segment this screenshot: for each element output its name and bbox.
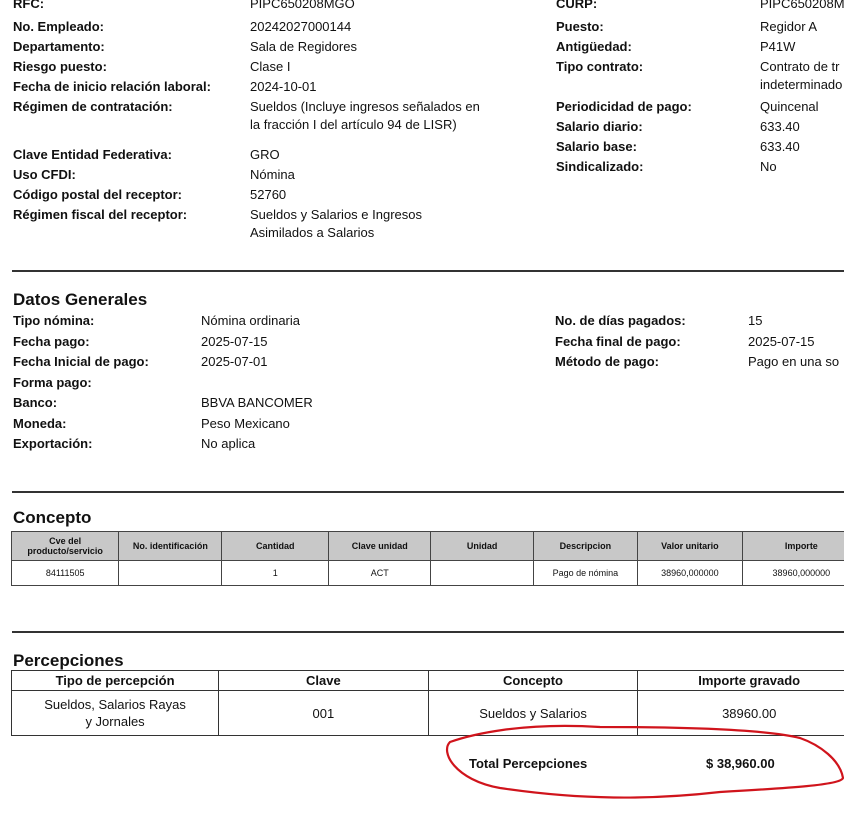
table-cell: Sueldos y Salarios	[428, 691, 638, 736]
field-value: BBVA BANCOMER	[201, 394, 313, 411]
table-cell: 1	[222, 561, 329, 586]
field-value: Quincenal	[760, 98, 819, 115]
field-label: Fecha pago:	[13, 334, 90, 349]
field-label: Salario base:	[556, 139, 637, 154]
table-row: 841115051ACTPago de nómina38960,00000038…	[12, 561, 844, 586]
column-header: Clave unidad	[329, 532, 431, 561]
table-cell: 38960,000000	[638, 561, 743, 586]
field-value: Clase I	[250, 58, 290, 75]
field-value: 15	[748, 312, 762, 329]
field-label: Uso CFDI:	[13, 167, 76, 182]
field-label: Fecha Inicial de pago:	[13, 354, 149, 369]
field-label: Clave Entidad Federativa:	[13, 147, 172, 162]
field-label: Régimen fiscal del receptor:	[13, 207, 187, 222]
field-value: Sueldos y Salarios e Ingresos	[250, 206, 422, 223]
field-value: 633.40	[760, 118, 800, 135]
field-value: Sueldos (Incluye ingresos señalados en	[250, 98, 480, 115]
column-header: Tipo de percepción	[12, 671, 219, 691]
column-header: Cantidad	[222, 532, 329, 561]
section-title-datos-generales: Datos Generales	[13, 290, 147, 310]
field-value: 2025-07-15	[748, 333, 815, 350]
table-cell: Pago de nómina	[533, 561, 637, 586]
field-label: Sindicalizado:	[556, 159, 643, 174]
field-value: Peso Mexicano	[201, 415, 290, 432]
field-label: Moneda:	[13, 416, 66, 431]
table-cell: ACT	[329, 561, 431, 586]
column-header: Importe gravado	[638, 671, 844, 691]
field-label: Antigüedad:	[556, 39, 632, 54]
field-label: No. Empleado:	[13, 19, 104, 34]
field-value: la fracción I del artículo 94 de LISR)	[250, 116, 457, 133]
field-label: RFC:	[13, 0, 44, 11]
total-percepciones-label: Total Percepciones	[469, 756, 587, 771]
field-value: Regidor A	[760, 18, 817, 35]
field-value: Asimilados a Salarios	[250, 224, 374, 241]
field-value: 2025-07-01	[201, 353, 268, 370]
field-value: 52760	[250, 186, 286, 203]
field-value: 20242027000144	[250, 18, 351, 35]
column-header: Descripcion	[533, 532, 637, 561]
field-label: Régimen de contratación:	[13, 99, 173, 114]
field-value: P41W	[760, 38, 795, 55]
field-label: No. de días pagados:	[555, 313, 686, 328]
field-label: Exportación:	[13, 436, 92, 451]
field-label: CURP:	[556, 0, 597, 11]
table-cell: 84111505	[12, 561, 119, 586]
field-label: Método de pago:	[555, 354, 659, 369]
field-value: Nómina	[250, 166, 295, 183]
column-header: Concepto	[428, 671, 638, 691]
field-value: GRO	[250, 146, 280, 163]
field-label: Periodicidad de pago:	[556, 99, 692, 114]
column-header: Importe	[742, 532, 844, 561]
section-title-concepto: Concepto	[13, 508, 91, 528]
field-value: No	[760, 158, 777, 175]
field-label: Puesto:	[556, 19, 604, 34]
column-header: Cve del producto/servicio	[12, 532, 119, 561]
field-value: PIPC650208MGR	[760, 0, 844, 12]
field-value: indeterminado	[760, 76, 842, 93]
field-value: Pago en una so	[748, 353, 839, 370]
field-value: PIPC650208MGO	[250, 0, 355, 12]
field-label: Departamento:	[13, 39, 105, 54]
field-label: Banco:	[13, 395, 57, 410]
column-header: Unidad	[431, 532, 533, 561]
field-value: 2024-10-01	[250, 78, 317, 95]
field-label: Fecha final de pago:	[555, 334, 681, 349]
total-percepciones-value: $ 38,960.00	[706, 756, 775, 771]
column-header: Valor unitario	[638, 532, 743, 561]
divider	[12, 491, 844, 493]
field-label: Tipo nómina:	[13, 313, 94, 328]
field-label: Tipo contrato:	[556, 59, 643, 74]
column-header: No. identificación	[119, 532, 222, 561]
table-cell: 38960.00	[638, 691, 844, 736]
column-header: Clave	[219, 671, 429, 691]
section-title-percepciones: Percepciones	[13, 651, 124, 671]
field-label: Fecha de inicio relación laboral:	[13, 79, 211, 94]
table-row: Sueldos, Salarios Rayas y Jornales001Sue…	[12, 691, 844, 736]
divider	[12, 270, 844, 272]
field-value: Sala de Regidores	[250, 38, 357, 55]
field-value: Contrato de tr	[760, 58, 840, 75]
field-label: Forma pago:	[13, 375, 92, 390]
field-value: No aplica	[201, 435, 255, 452]
field-label: Riesgo puesto:	[13, 59, 107, 74]
table-cell: 38960,000000	[742, 561, 844, 586]
percepciones-table: Tipo de percepciónClaveConceptoImporte g…	[11, 670, 844, 736]
field-label: Código postal del receptor:	[13, 187, 182, 202]
field-value: Nómina ordinaria	[201, 312, 300, 329]
table-cell	[119, 561, 222, 586]
table-cell: Sueldos, Salarios Rayas y Jornales	[12, 691, 219, 736]
field-value: 633.40	[760, 138, 800, 155]
concepto-table: Cve del producto/servicioNo. identificac…	[11, 531, 844, 586]
table-cell	[431, 561, 533, 586]
divider	[12, 631, 844, 633]
field-value: 2025-07-15	[201, 333, 268, 350]
field-label: Salario diario:	[556, 119, 643, 134]
table-cell: 001	[219, 691, 429, 736]
